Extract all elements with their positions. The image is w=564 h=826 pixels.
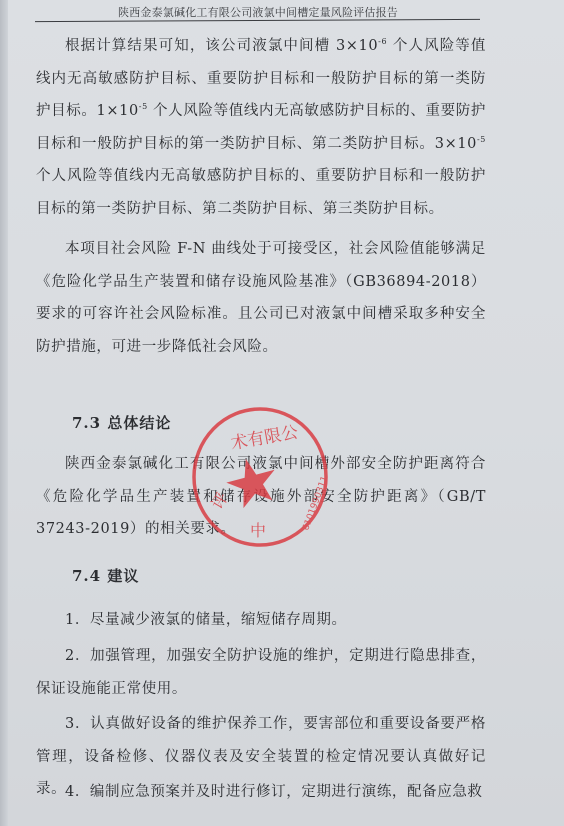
list-item-recommendation-2: 2．加强管理，加强安全防护设施的维护，定期进行隐患排查，保证设施能正常使用。: [36, 640, 486, 705]
exponent: -6: [378, 37, 387, 46]
exponent: -5: [139, 102, 148, 111]
list-item-recommendation-4: 4．编制应急预案并及时进行修订，定期进行演练，配备应急救: [36, 776, 486, 809]
paragraph-individual-risk: 根据计算结果可知，该公司液氯中间槽 3×10-6 个人风险等值线内无高敏感防护目…: [36, 30, 486, 225]
text-run: 个人风险等值线内无高敏感防护目标的、重要防护目标和一般防护目标的第一类防护目标、…: [36, 168, 486, 217]
text-run: 根据计算结果可知，该公司液氯中间槽 3×10: [65, 38, 378, 54]
paragraph-overall-conclusion: 陕西金泰氯碱化工有限公司液氯中间槽外部安全防护距离符合《危险化学品生产装置和储存…: [36, 448, 486, 546]
section-heading-7-4: 7.4 建议: [72, 565, 139, 586]
paragraph-social-risk: 本项目社会风险 F-N 曲线处于可接受区，社会风险值能够满足《危险化学品生产装置…: [36, 233, 486, 363]
page-edge-shadow: [0, 0, 8, 826]
header-rule: [35, 19, 480, 22]
list-item-recommendation-1: 1．尽量减少液氯的储量，缩短储存周期。: [36, 604, 486, 637]
exponent: -5: [477, 135, 486, 144]
running-header: 陕西金泰氯碱化工有限公司液氯中间槽定量风险评估报告: [118, 4, 478, 20]
document-page: 陕西金泰氯碱化工有限公司液氯中间槽定量风险评估报告 根据计算结果可知，该公司液氯…: [8, 0, 564, 826]
section-heading-7-3: 7.3 总体结论: [72, 412, 171, 433]
